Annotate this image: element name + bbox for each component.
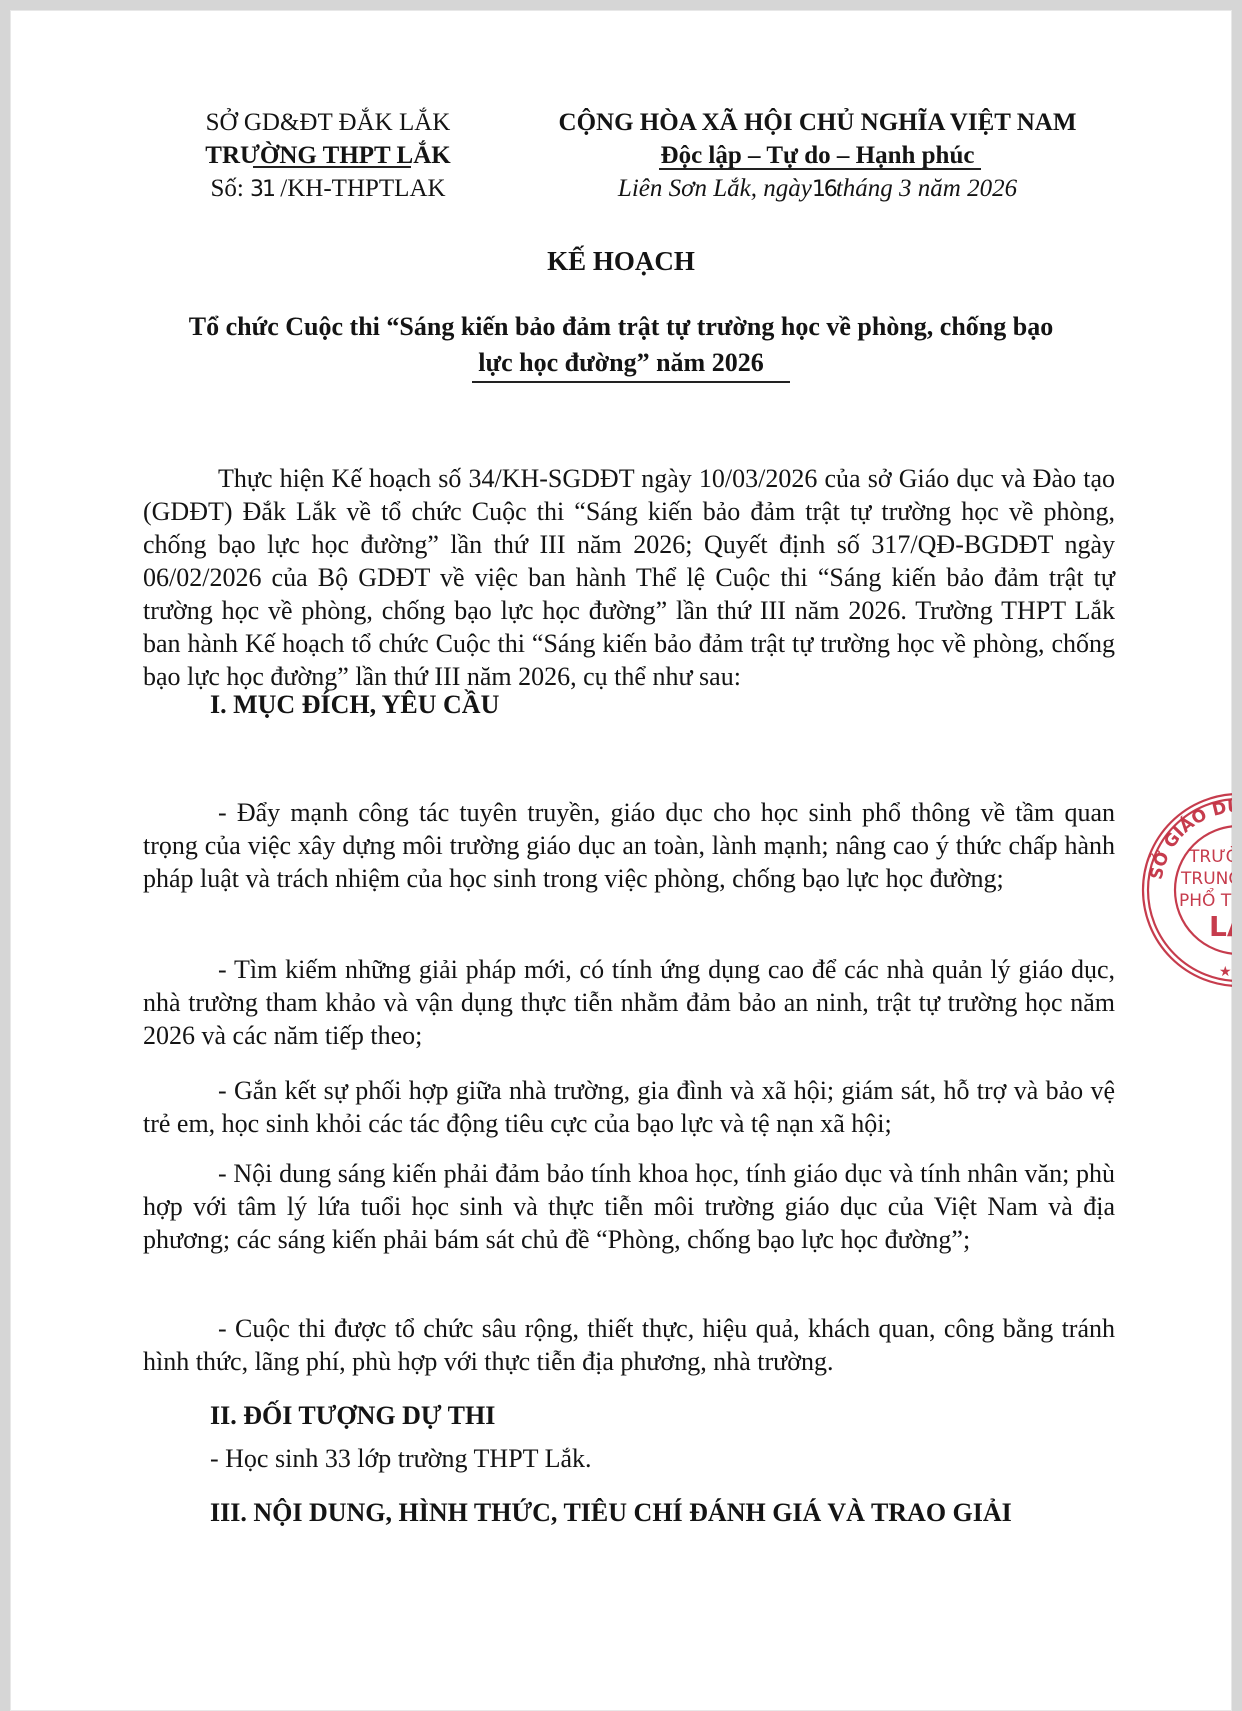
purpose-item: - Cuộc thi được tổ chức sâu rộng, thiết …	[143, 1312, 1115, 1378]
country-name: CỘNG HÒA XÃ HỘI CHỦ NGHĨA VIỆT NAM	[545, 106, 1090, 139]
document-number: Số: 31 /KH-THPTLAK	[168, 172, 488, 206]
school-underline	[253, 166, 411, 168]
svg-text:★: ★	[1219, 964, 1232, 980]
intro-paragraph: Thực hiện Kế hoạch số 34/KH-SGDĐT ngày 1…	[143, 462, 1115, 693]
handwritten-day: 16	[812, 177, 836, 202]
issuer-block: SỞ GD&ĐT ĐẮK LẮK TRƯỜNG THPT LẮK Số: 31 …	[168, 106, 488, 206]
handwritten-number: 31	[250, 177, 274, 202]
svg-text:PHỔ THÔNG: PHỔ THÔNG	[1179, 887, 1232, 911]
svg-text:TRƯỜNG: TRƯỜNG	[1188, 845, 1232, 867]
purpose-item: - Đẩy mạnh công tác tuyên truyền, giáo d…	[143, 796, 1115, 895]
svg-text:TRUNG HỌC: TRUNG HỌC	[1180, 869, 1232, 889]
svg-text:LẮK: LẮK	[1209, 906, 1232, 943]
subject-line-1: Tổ chức Cuộc thi “Sáng kiến bảo đảm trật…	[10, 312, 1232, 342]
section-heading-content: III. NỘI DUNG, HÌNH THỨC, TIÊU CHÍ ĐÁNH …	[210, 1498, 1012, 1528]
document-page: SỞ GD&ĐT ĐẮK LẮK TRƯỜNG THPT LẮK Số: 31 …	[10, 10, 1232, 1711]
purpose-item: - Gắn kết sự phối hợp giữa nhà trường, g…	[143, 1074, 1115, 1140]
motto-underline	[659, 168, 981, 170]
purpose-item: - Tìm kiếm những giải pháp mới, có tính …	[143, 953, 1115, 1052]
purpose-item: - Nội dung sáng kiến phải đảm bảo tính k…	[143, 1157, 1115, 1256]
subject-underline	[472, 381, 790, 383]
agency-name: SỞ GD&ĐT ĐẮK LẮK	[168, 106, 488, 139]
subject-line-2: lực học đường” năm 2026	[10, 348, 1232, 378]
section-heading-purpose: I. MỤC ĐÍCH, YÊU CẦU	[210, 690, 499, 720]
document-type-title: KẾ HOẠCH	[10, 246, 1232, 277]
place-date: Liên Sơn Lắk, ngày16tháng 3 năm 2026	[545, 172, 1090, 206]
national-header: CỘNG HÒA XÃ HỘI CHỦ NGHĨA VIỆT NAM Độc l…	[545, 106, 1090, 206]
school-seal-stamp: SỞ GIÁO DỤC VÀ ĐÀO TẠO TRƯỜNG TRUNG HỌC …	[1139, 790, 1232, 990]
participants-item: - Học sinh 33 lớp trường THPT Lắk.	[210, 1442, 1110, 1475]
section-heading-participants: II. ĐỐI TƯỢNG DỰ THI	[210, 1401, 495, 1431]
